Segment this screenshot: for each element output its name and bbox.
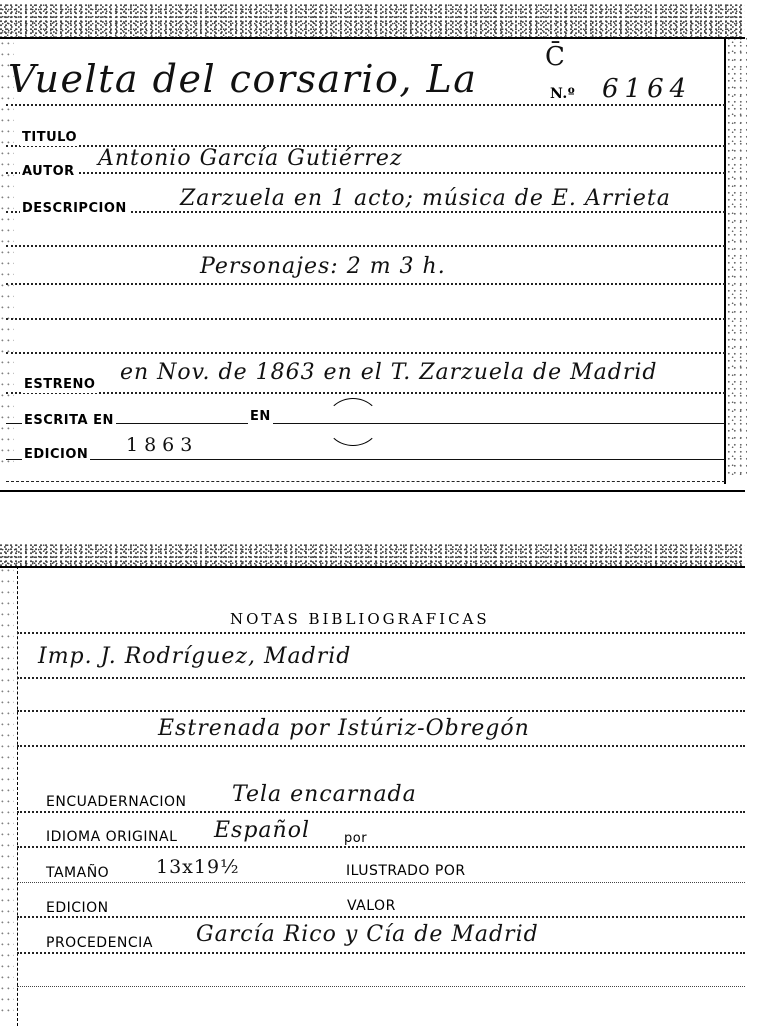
catalog-card-back: NOTAS BIBLIOGRAFICAS Imp. J. Rodríguez, … <box>0 538 759 1028</box>
scan-noise-top <box>0 544 745 566</box>
ruled-line <box>17 952 745 954</box>
ruled-line <box>17 846 745 848</box>
ruled-line <box>17 916 745 918</box>
ruled-line <box>17 632 745 634</box>
en-label: EN <box>248 409 273 425</box>
ruled-line <box>6 459 725 460</box>
handwritten-title: Vuelta del corsario, La <box>8 60 477 98</box>
edicion-label: EDICION <box>22 447 90 463</box>
descripcion-continued: Personajes: 2 m 3 h. <box>200 256 446 278</box>
ruled-line <box>6 283 725 285</box>
ilustrado-por-label: ILUSTRADO POR <box>344 863 468 879</box>
tamano-label: TAMAÑO <box>44 865 111 881</box>
descripcion-value: Zarzuela en 1 acto; música de E. Arrieta <box>180 188 671 210</box>
number-label: N.º <box>548 86 577 102</box>
ruled-line <box>6 392 725 394</box>
ruled-line <box>6 318 725 320</box>
procedencia-value: García Rico y Cía de Madrid <box>196 924 539 946</box>
descripcion-label: DESCRIPCION <box>20 201 129 217</box>
card-bottom-border <box>0 490 745 492</box>
catalog-mark: C̄ <box>545 44 566 70</box>
estreno-label: ESTRENO <box>22 377 97 393</box>
titulo-label: TITULO <box>20 130 79 146</box>
encuadernacion-label: ENCUADERNACION <box>44 794 188 810</box>
ruled-line <box>17 882 745 883</box>
edicion-value: 1863 <box>126 436 198 455</box>
scan-noise-left <box>0 566 14 1016</box>
autor-label: AUTOR <box>20 164 77 180</box>
valor-label: VALOR <box>345 898 398 914</box>
idioma-original-value: Español <box>214 820 310 842</box>
card-left-border <box>17 566 18 1026</box>
estreno-value: en Nov. de 1863 en el T. Zarzuela de Mad… <box>120 362 658 384</box>
note-line-1: Imp. J. Rodríguez, Madrid <box>38 646 351 668</box>
procedencia-label: PROCEDENCIA <box>44 935 155 951</box>
autor-value: Antonio García Gutiérrez <box>98 148 403 170</box>
ruled-line <box>6 352 725 354</box>
ruled-line <box>6 245 725 247</box>
card-top-border <box>0 566 745 568</box>
encuadernacion-value: Tela encarnada <box>232 784 417 806</box>
ruled-line <box>17 745 745 747</box>
ruled-line <box>17 986 745 987</box>
scan-noise-right <box>727 36 747 476</box>
ruled-line <box>17 710 745 712</box>
card-top-border <box>0 37 745 39</box>
edicion-label: EDICION <box>44 900 111 916</box>
notas-heading: NOTAS BIBLIOGRAFICAS <box>228 611 492 627</box>
scan-noise-top <box>0 4 745 38</box>
catalog-card-front: Vuelta del corsario, La C̄ N.º 6164 TITU… <box>0 0 759 492</box>
ruled-line <box>17 811 745 813</box>
catalog-number: 6164 <box>602 76 692 102</box>
ruled-line <box>6 172 725 174</box>
ruled-line <box>6 481 725 482</box>
tamano-value: 13x19½ <box>156 858 239 877</box>
escrita-en-label: ESCRITA EN <box>22 413 116 429</box>
scan-stain <box>326 398 380 446</box>
por-label: por <box>342 831 369 847</box>
ruled-line <box>6 104 725 106</box>
note-line-2: Estrenada por Istúriz-Obregón <box>158 718 530 740</box>
ruled-line <box>17 677 745 679</box>
idioma-original-label: IDIOMA ORIGINAL <box>44 829 179 845</box>
